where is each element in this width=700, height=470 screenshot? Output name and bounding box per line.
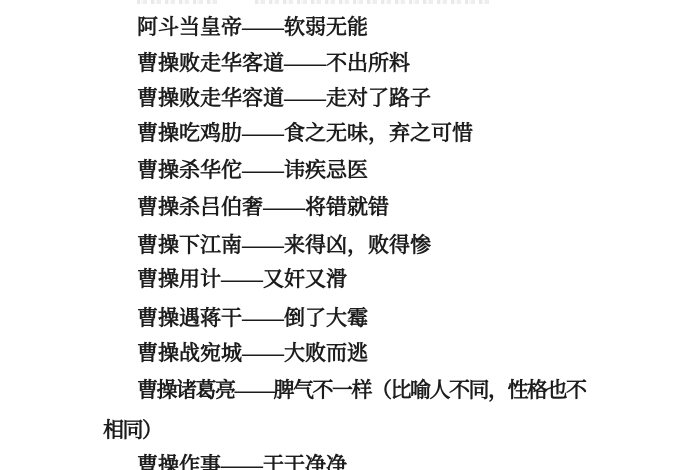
document-page: 阿斗当皇帝——软弱无能 曹操败走华客道——不出所料 曹操败走华容道——走对了路子… — [0, 0, 700, 470]
saying-line-jilei: 曹操吃鸡肋——食之无味，弃之可惜 — [137, 120, 473, 146]
saying-line-huatuo: 曹操杀华佗——讳疾忌医 — [137, 157, 368, 183]
saying-line-yongji: 曹操用计——又奸又滑 — [137, 266, 347, 292]
saying-line-huarongdao: 曹操败走华容道——走对了路子 — [137, 85, 431, 111]
saying-line-huakedao: 曹操败走华客道——不出所料 — [137, 50, 410, 76]
saying-line-zhugeliang-continuation: 相同） — [103, 417, 162, 443]
saying-line-adou-huangdi: 阿斗当皇帝——软弱无能 — [137, 14, 368, 40]
saying-line-xiajiangnan: 曹操下江南——来得凶，败得惨 — [137, 232, 431, 258]
saying-line-lvboshe: 曹操杀吕伯奢——将错就错 — [137, 194, 389, 220]
saying-line-zhugeliang: 曹操诸葛亮——脾气不一样（比喻人不同，性格也不 — [137, 377, 586, 403]
clipped-text-line-top — [137, 0, 219, 4]
saying-line-wancheng: 曹操战宛城——大败而逃 — [137, 340, 368, 366]
saying-line-jianggan: 曹操遇蒋干——倒了大霉 — [137, 305, 368, 331]
clipped-text-line-top — [255, 0, 490, 4]
saying-line-zuoshi-clipped-bottom: 曹操作事——干干净净 — [137, 452, 347, 470]
